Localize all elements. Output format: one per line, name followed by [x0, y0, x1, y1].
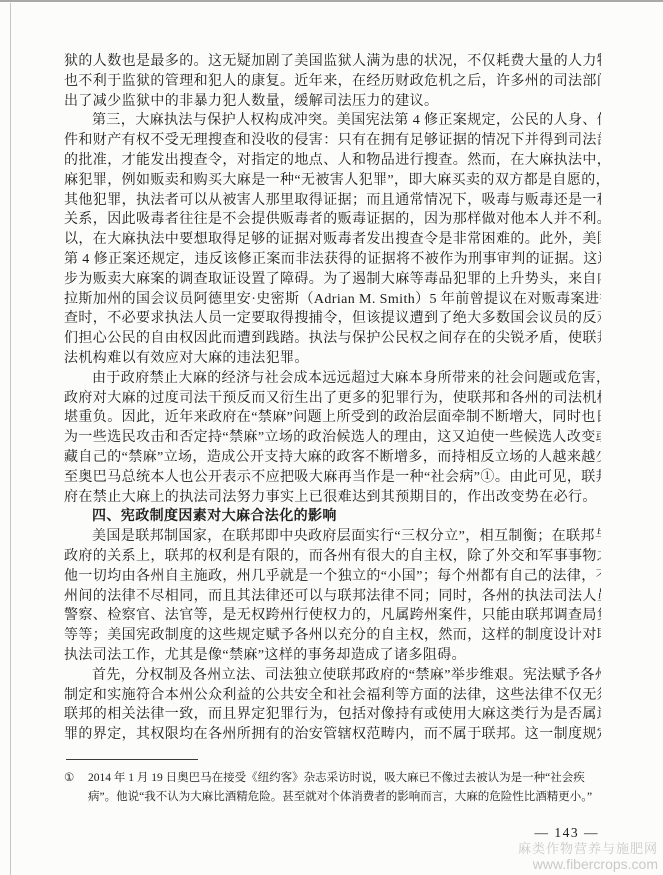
text-line: 件和财产有权不受无理搜查和没收的侵害：只有在拥有足够证据的情况下并得到司法部门 [64, 131, 601, 151]
footnote-line: 病”。他说“我不认为大麻比酒精危险。甚至就对个体消费者的影响而言，大麻的危险性比… [88, 788, 601, 808]
watermark-site-url: www.fibercrops.com [518, 856, 658, 872]
section-heading: 四、宪政制度因素对大麻合法化的影响 [64, 507, 601, 527]
text-line: 第三，大麻执法与保护人权构成冲突。美国宪法第 4 修正案规定，公民的人身、住所、… [64, 111, 601, 131]
text-line: 狱的人数也是最多的。这无疑加剧了美国监狱人满为患的状况，不仅耗费大量的人力物力， [64, 52, 601, 72]
text-line: 美国是联邦制国家，在联邦即中央政府层面实行“三权分立”，相互制衡；在联邦与地方 [64, 527, 601, 547]
text-line: 藏自己的“禁麻”立场，造成公开支持大麻的政客不断增多，而持相反立场的人越来越少，… [64, 448, 601, 468]
text-line: 以，在大麻执法中要想取得足够的证据对贩毒者发出搜查令是非常困难的。此外，美国宪法 [64, 230, 601, 250]
text-line: 法机构难以有效应对大麻的违法犯罪。 [64, 349, 601, 369]
text-line: 也不利于监狱的管理和犯人的康复。近年来，在经历财政危机之后，许多州的司法部门都提 [64, 72, 601, 92]
text-line: 第 4 修正案还规定，违反该修正案而非法获得的证据将不被作为刑事审判的证据。这进… [64, 250, 601, 270]
footnote: ① 2014 年 1 月 19 日奥巴马在接受《纽约客》杂志采访时说，吸大麻已不… [64, 769, 601, 808]
paragraph: 第三，大麻执法与保护人权构成冲突。美国宪法第 4 修正案规定，公民的人身、住所、… [64, 111, 601, 368]
page-number: — 143 — [64, 825, 601, 841]
text-line: 拉斯加州的国会议员阿德里安·史密斯（Adrian M. Smith）5 年前曾提… [64, 290, 601, 310]
text-line: 们担心公民的自由权因此而遭到践踏。执法与保护公民权之间存在的尖锐矛盾，使联邦执 [64, 329, 601, 349]
paragraph: 狱的人数也是最多的。这无疑加剧了美国监狱人满为患的状况，不仅耗费大量的人力物力，… [64, 52, 601, 111]
text-line: 罪的界定，其权限均在各州所拥有的治安管辖权范畴内，而不属于联邦。这一制度规定使一 [64, 725, 601, 745]
text-line: 州间的法律不尽相同，而且其法律还可以与联邦法律不同；同时，各州的执法司法人员，包… [64, 587, 601, 607]
text-line: 至奥巴马总统本人也公开表示不应把吸大麻再当作是一种“社会病”①。由此可见，联邦政 [64, 468, 601, 488]
text-line: 为一些选民攻击和否定持“禁麻”立场的政治候选人的理由，这又迫使一些候选人改变或隐 [64, 428, 601, 448]
text-line: 查时，不必要求执法人员一定要取得搜捕令，但该提议遭到了绝大多数国会议员的反对，他 [64, 309, 601, 329]
section-heading-text: 四、宪政制度因素对大麻合法化的影响 [64, 507, 601, 527]
text-line: 首先，分权制及各州立法、司法独立使联邦政府的“禁麻”举步维艰。宪法赋予各州有权 [64, 666, 601, 686]
text-line: 堪重负。因此，近年来政府在“禁麻”问题上所受到的政治层面牵制不断增大，同时也日益… [64, 408, 601, 428]
paragraph: 首先，分权制及各州立法、司法独立使联邦政府的“禁麻”举步维艰。宪法赋予各州有权 … [64, 666, 601, 745]
watermark: 麻类作物营养与施肥网 www.fibercrops.com [518, 841, 658, 872]
scan-edge-left-line [10, 3, 11, 875]
scanned-book-page: 狱的人数也是最多的。这无疑加剧了美国监狱人满为患的状况，不仅耗费大量的人力物力，… [0, 0, 663, 875]
text-line: 出了减少监狱中的非暴力犯人数量，缓解司法压力的建议。 [64, 92, 601, 112]
paragraph: 由于政府禁止大麻的经济与社会成本远远超过大麻本身所带来的社会问题或危害，而 政府… [64, 369, 601, 508]
text-line: 政府对大麻的过度司法干预反而又衍生出了更多的犯罪行为，使联邦和各州的司法机构难 [64, 389, 601, 409]
watermark-site-name: 麻类作物营养与施肥网 [518, 841, 658, 856]
text-line: 警察、检察官、法官等，是无权跨州行使权力的，凡属跨州案件，只能由联邦调查局负责处… [64, 606, 601, 626]
scan-edge-top-line [0, 0, 663, 2]
text-line: 麻犯罪，例如贩卖和购买大麻是一种“无被害人犯罪”，即大麻买卖的双方都是自愿的，不… [64, 171, 601, 191]
body-text: 狱的人数也是最多的。这无疑加剧了美国监狱人满为患的状况，不仅耗费大量的人力物力，… [64, 52, 601, 841]
text-line: 其他犯罪，执法者可以从被害人那里取得证据；而且通常情况下，吸毒与贩毒还是一种共谋 [64, 191, 601, 211]
footnote-separator [66, 759, 198, 760]
footnote-marker: ① [64, 769, 88, 808]
text-line: 执法司法工作，尤其是像“禁麻”这样的事务却造成了诸多阻碍。 [64, 646, 601, 666]
paragraph: 美国是联邦制国家，在联邦即中央政府层面实行“三权分立”，相互制衡；在联邦与地方 … [64, 527, 601, 666]
text-line: 府在禁止大麻上的执法司法努力事实上已很难达到其预期目的，作出改变势在必行。 [64, 488, 601, 508]
text-line: 制定和实施符合本州公众利益的公共安全和社会福利等方面的法律，这些法律不仅无须与 [64, 686, 601, 706]
text-line: 关系，因此吸毒者往往是不会提供贩毒者的贩毒证据的，因为那样做对他本人并不利。所 [64, 210, 601, 230]
footnote-line: 2014 年 1 月 19 日奥巴马在接受《纽约客》杂志采访时说，吸大麻已不像过… [88, 769, 601, 789]
text-line: 等等；美国宪政制度的这些规定赋予各州以充分的自主权，然而，这样的制度设计对联邦的 [64, 626, 601, 646]
text-line: 的批准，才能发出搜查令，对指定的地点、人和物品进行搜查。然而，在大麻执法中，因为… [64, 151, 601, 171]
text-line: 由于政府禁止大麻的经济与社会成本远远超过大麻本身所带来的社会问题或危害，而 [64, 369, 601, 389]
footnote-text: 2014 年 1 月 19 日奥巴马在接受《纽约客》杂志采访时说，吸大麻已不像过… [88, 769, 601, 808]
text-line: 步为贩卖大麻案的调查取证设置了障碍。为了遏制大麻等毒品犯罪的上升势头，来自内布 [64, 270, 601, 290]
text-line: 联邦的相关法律一致，而且界定犯罪行为，包括对像持有或使用大麻这类行为是否属违法犯 [64, 705, 601, 725]
text-line: 政府的关系上，联邦的权利是有限的，而各州有很大的自主权，除了外交和军事事物之外，… [64, 547, 601, 567]
text-line: 他一切均由各州自主施政，州几乎就是一个独立的“小国”；每个州都有自己的法律，不仅… [64, 567, 601, 587]
